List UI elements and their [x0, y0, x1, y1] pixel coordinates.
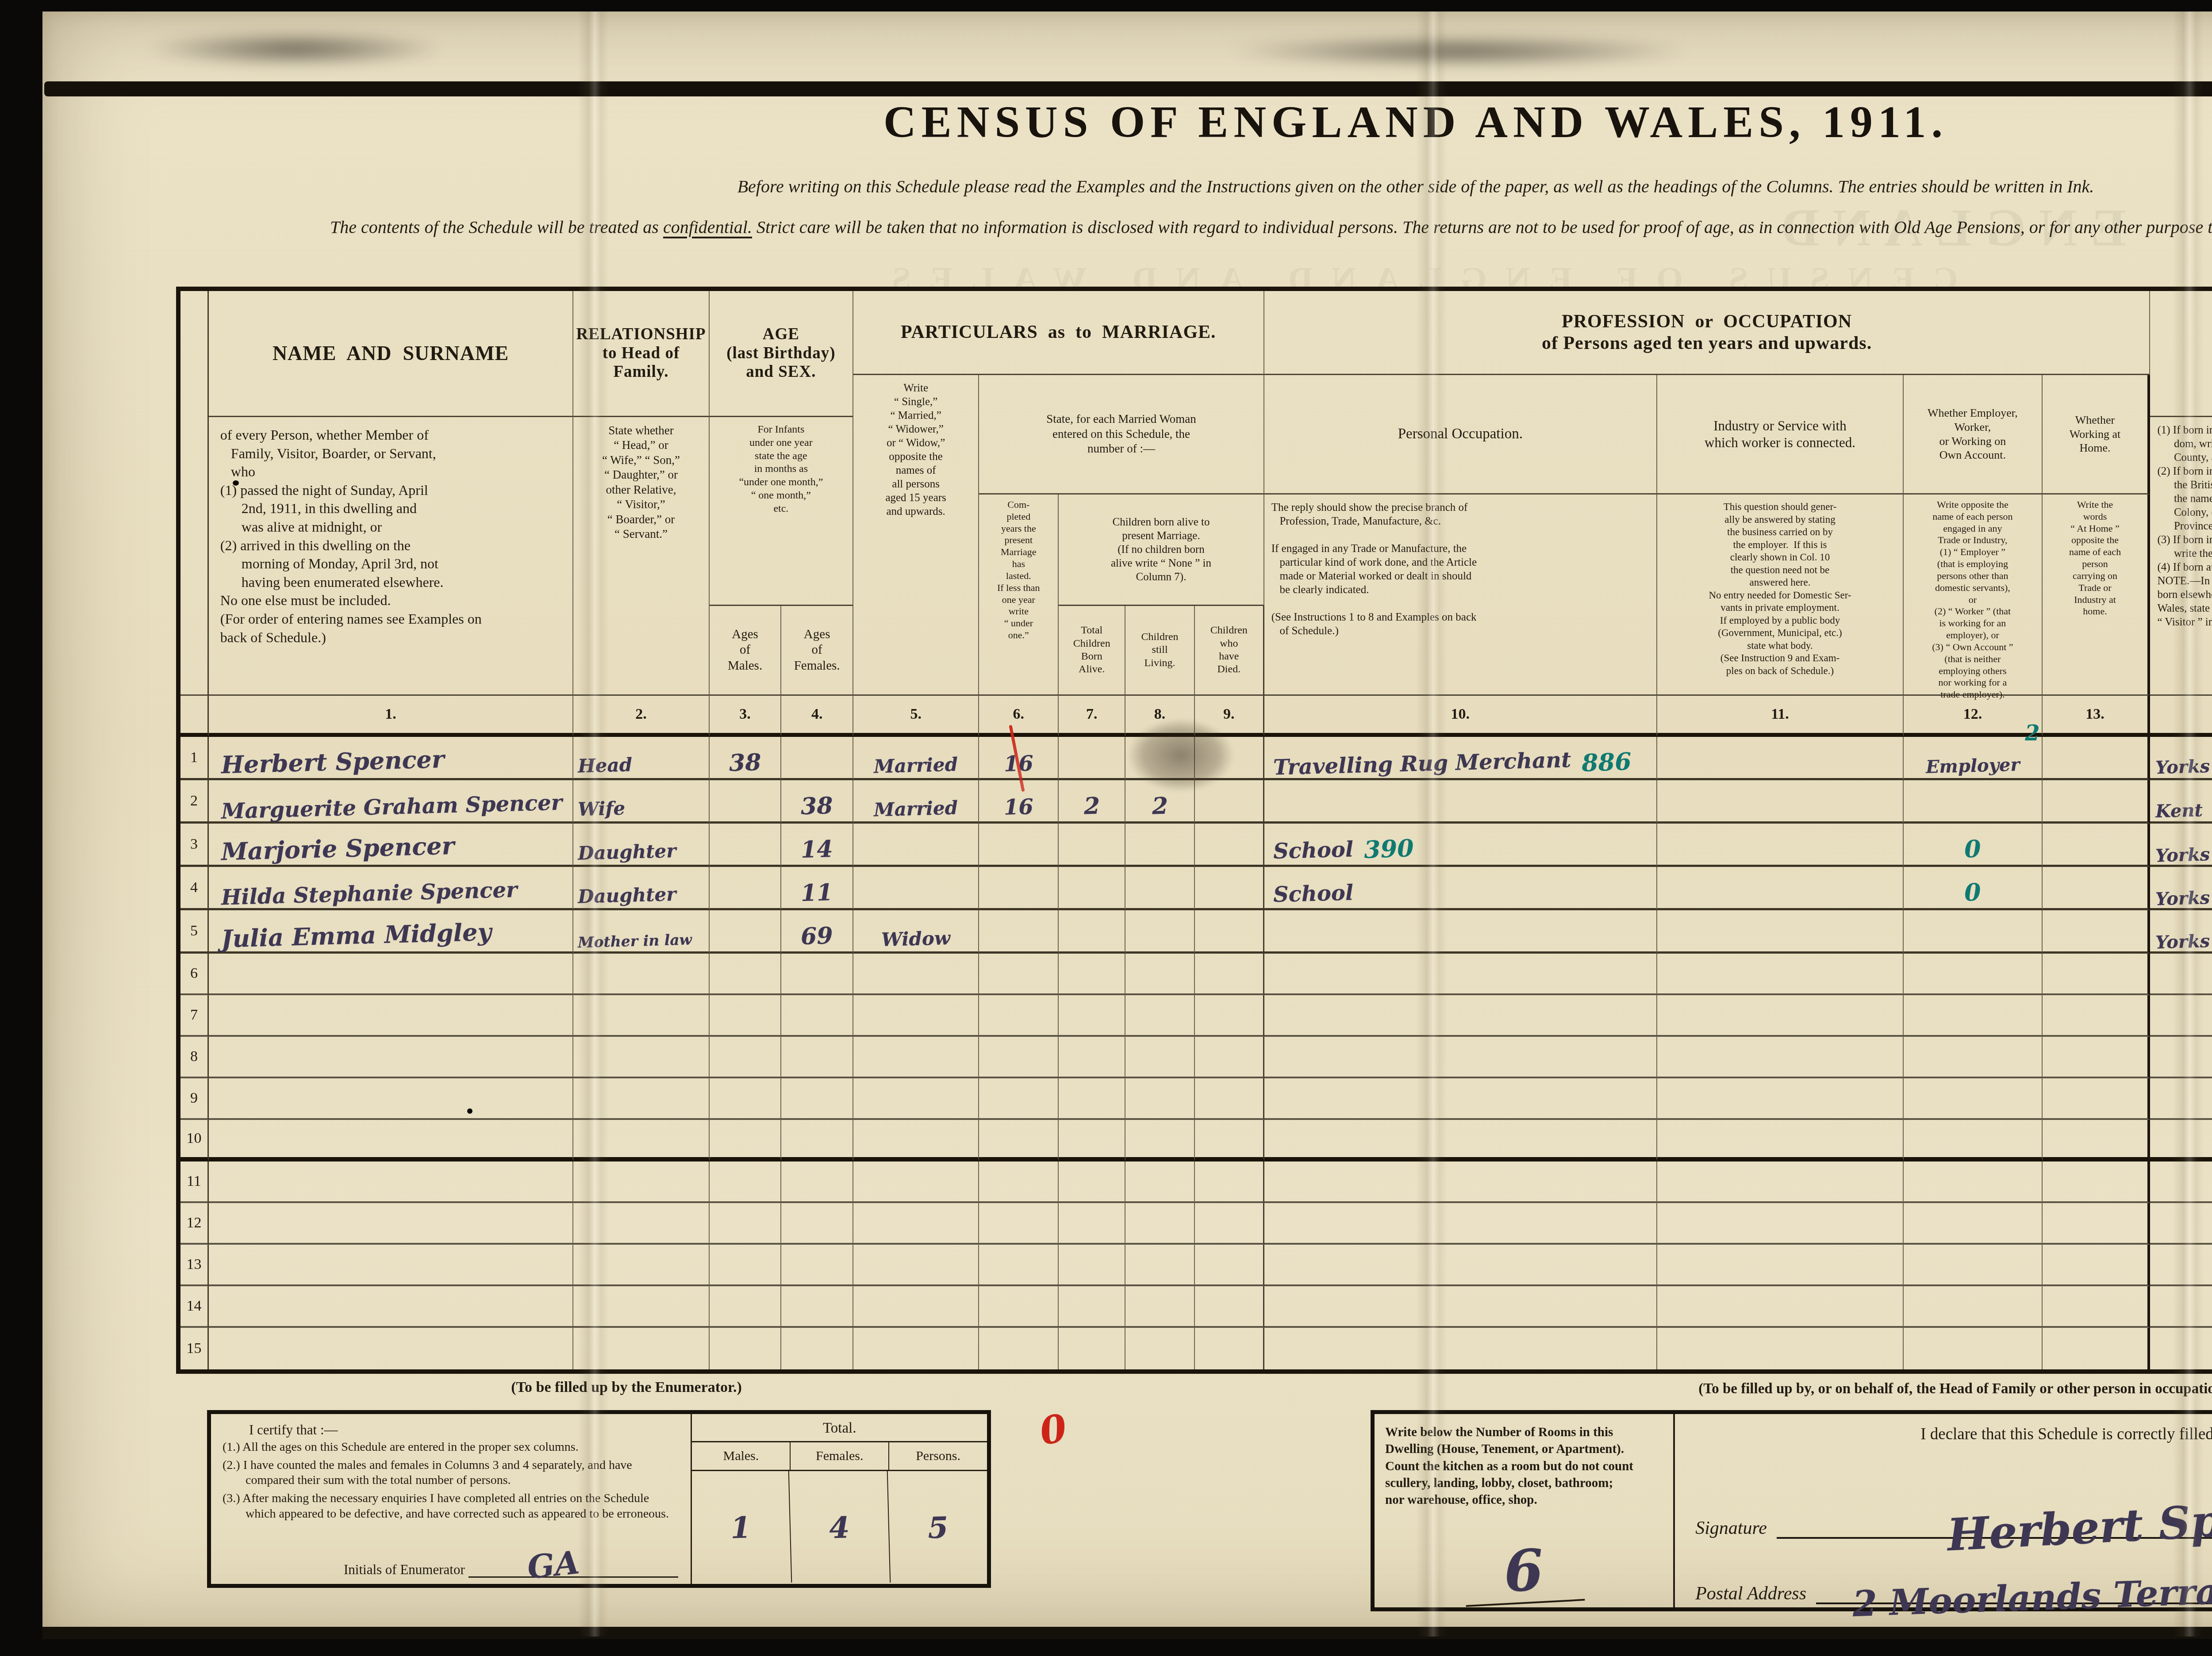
bp-value: Yorks Soothill Nether [2150, 882, 2212, 910]
col-number-14: 14. [2150, 694, 2212, 737]
r14-yrs-cell [979, 1286, 1059, 1328]
r8-ind-cell [1657, 1037, 1904, 1078]
r2-cl-cell: 2 [1125, 780, 1195, 824]
emp-value: Employer [1925, 754, 2020, 778]
row-number-6: 6 [180, 954, 209, 995]
r11-mar-cell [853, 1161, 979, 1203]
r12-ind-cell [1657, 1203, 1904, 1245]
stray-red-zero: 0 [1037, 1406, 1070, 1454]
r6-occ-cell [1264, 954, 1657, 995]
r1-occ-cell: Travelling Rug Merchant886 [1264, 737, 1657, 780]
r4-cd-cell [1195, 867, 1264, 910]
col-header-employer-worker: Whether Employer, Worker, or Working on … [1904, 375, 2042, 494]
name-value: Marjorie Spencer [208, 832, 454, 866]
r5-yrs-cell [979, 910, 1059, 954]
r9-emp-cell [1904, 1078, 2042, 1120]
row-number-2: 2 [180, 780, 209, 824]
r1-emp-cell: Employer2 [1904, 737, 2042, 780]
occ-value: School [1264, 880, 1353, 907]
r13-bp-cell [2150, 1245, 2212, 1286]
r12-yrs-cell [979, 1203, 1059, 1245]
r8-occ-cell [1264, 1037, 1657, 1078]
postal-address-label: Postal Address [1695, 1583, 1816, 1604]
r11-cl-cell [1125, 1161, 1195, 1203]
occ-value: Travelling Rug Merchant [1264, 747, 1571, 780]
r15-cd-cell [1195, 1328, 1264, 1369]
r14-af-cell [781, 1286, 853, 1328]
r6-rel-cell [573, 954, 710, 995]
r14-cb-cell [1059, 1286, 1125, 1328]
occupation-code: 390 [1363, 834, 1414, 864]
row-number-14: 14 [180, 1286, 209, 1328]
r3-mar-cell [853, 824, 979, 867]
r10-cd-cell [1195, 1120, 1264, 1161]
r5-bp-cell: Yorks Soothill Nether [2150, 910, 2212, 954]
r7-am-cell [710, 995, 782, 1037]
r8-name-cell [209, 1037, 573, 1078]
r15-bp-cell [2150, 1328, 2212, 1369]
r10-rel-cell [573, 1120, 710, 1161]
row-number-3: 3 [180, 824, 209, 867]
r9-home-cell [2043, 1078, 2151, 1120]
col-header-ages-of-males: Ages of Males. [710, 606, 782, 694]
r1-cl-cell [1125, 737, 1195, 780]
row-number-9: 9 [180, 1078, 209, 1120]
r3-rel-cell: Daughter [573, 824, 710, 867]
col-header-age-instructions: For Infants under one year state the age… [710, 417, 853, 606]
r12-rel-cell [573, 1203, 710, 1245]
col-header-personal-occupation: Personal Occupation. [1264, 375, 1657, 494]
r14-occ-cell [1264, 1286, 1657, 1328]
r12-emp-cell [1904, 1203, 2042, 1245]
r10-ind-cell [1657, 1120, 1904, 1161]
col-number-4: 4. [781, 694, 853, 737]
row-number-13: 13 [180, 1245, 209, 1286]
r6-bp-cell [2150, 954, 2212, 995]
r13-cb-cell [1059, 1245, 1125, 1286]
r10-home-cell [2043, 1120, 2151, 1161]
initials-field: GA [469, 1559, 679, 1578]
r15-yrs-cell [979, 1328, 1059, 1369]
r15-occ-cell [1264, 1328, 1657, 1369]
enumerator-initials: GA [526, 1543, 581, 1586]
dwelling-box: Write below the Number of Rooms in this … [1371, 1410, 2212, 1611]
col-header-relationship-title: RELATIONSHIP to Head of Family. [573, 291, 710, 417]
signature-label: Signature [1695, 1518, 1777, 1539]
rooms-count-value: 6 [1463, 1540, 1585, 1607]
enumerator-certification: I certify that :— (1.) All the ages on t… [211, 1414, 692, 1584]
col-number-7: 7. [1059, 694, 1125, 737]
r2-ind-cell [1657, 780, 1904, 824]
r13-rel-cell [573, 1245, 710, 1286]
r9-rel-cell [573, 1078, 710, 1120]
r6-emp-cell [1904, 954, 2042, 995]
col-header-married-woman-note: State, for each Married Woman entered on… [979, 375, 1264, 494]
r6-home-cell [2043, 954, 2151, 995]
r13-mar-cell [853, 1245, 979, 1286]
r14-am-cell [710, 1286, 782, 1328]
row-number-1: 1 [180, 737, 209, 780]
r15-home-cell [2043, 1328, 2151, 1369]
name-value: Herbert Spencer [208, 745, 445, 779]
r10-cb-cell [1059, 1120, 1125, 1161]
r10-af-cell [781, 1120, 853, 1161]
r11-bp-cell [2150, 1161, 2212, 1203]
smudge [1148, 29, 1768, 73]
r7-mar-cell [853, 995, 979, 1037]
r13-cd-cell [1195, 1245, 1264, 1286]
dwelling-section-heading: (To be filled up by, or on behalf of, th… [1371, 1381, 2212, 1397]
r15-emp-cell [1904, 1328, 2042, 1369]
col-number-5: 5. [853, 694, 979, 737]
enumerator-box: I certify that :— (1.) All the ages on t… [207, 1410, 991, 1588]
bp-value: Yorks Soothill Nether [2150, 925, 2212, 953]
name-value: Hilda Stephanie Spencer [208, 878, 517, 910]
r11-af-cell [781, 1161, 853, 1203]
r2-cb-cell: 2 [1059, 780, 1125, 824]
r5-cl-cell [1125, 910, 1195, 954]
r5-name-cell: Julia Emma Midgley [209, 910, 573, 954]
r13-name-cell [209, 1245, 573, 1286]
r5-emp-cell [1904, 910, 2042, 954]
r4-name-cell: Hilda Stephanie Spencer [209, 867, 573, 910]
r15-af-cell [781, 1328, 853, 1369]
certify-item-3: (3.) After making the necessary enquirie… [223, 1491, 682, 1522]
r13-home-cell [2043, 1245, 2151, 1286]
col-header-name-title: NAME AND SURNAME [209, 291, 573, 417]
r6-ind-cell [1657, 954, 1904, 995]
col-number-12: 12. [1904, 694, 2042, 737]
declaration-text: I declare that this Schedule is correctl… [1695, 1425, 2212, 1444]
r6-af-cell [781, 954, 853, 995]
r4-rel-cell: Daughter [573, 867, 710, 910]
col-number-2: 2. [573, 694, 710, 737]
smudge [96, 25, 494, 73]
r12-bp-cell [2150, 1203, 2212, 1245]
r11-ind-cell [1657, 1161, 1904, 1203]
col-header-ages-of-females: Ages of Females. [781, 606, 853, 694]
am-value: 38 [729, 749, 761, 777]
bp-value: Yorks Ossett [2150, 754, 2212, 778]
r7-occ-cell [1264, 995, 1657, 1037]
r1-yrs-cell: 16 [979, 737, 1059, 780]
r13-occ-cell [1264, 1245, 1657, 1286]
r13-am-cell [710, 1245, 782, 1286]
col-number-3: 3. [710, 694, 782, 737]
col-header-marriage-status-instructions: Write “ Single,” “ Married,” “ Widower,”… [853, 375, 979, 694]
r9-name-cell [209, 1078, 573, 1120]
bottom-border-rule [42, 1627, 2212, 1639]
r8-af-cell [781, 1037, 853, 1078]
r4-home-cell [2043, 867, 2151, 910]
males-label: Males. [692, 1442, 791, 1470]
r8-cb-cell [1059, 1037, 1125, 1078]
col-number-10: 10. [1264, 694, 1657, 737]
r6-cl-cell [1125, 954, 1195, 995]
r11-emp-cell [1904, 1161, 2042, 1203]
name-value: Julia Emma Midgley [208, 918, 492, 954]
r5-am-cell [710, 910, 782, 954]
af-value: 14 [801, 836, 833, 863]
r3-bp-cell: Yorks Soothill Nether [2150, 824, 2212, 867]
row-number-10: 10 [180, 1120, 209, 1161]
row-number-12: 12 [180, 1203, 209, 1245]
r1-mar-cell: Married [853, 737, 979, 780]
r13-yrs-cell [979, 1245, 1059, 1286]
col-header-industry-instructions: This question should gener- ally be answ… [1657, 494, 1904, 694]
r14-cl-cell [1125, 1286, 1195, 1328]
r6-mar-cell [853, 954, 979, 995]
col-header-industry: Industry or Service with which worker is… [1657, 375, 1904, 494]
r1-home-cell [2043, 737, 2151, 780]
r6-am-cell [710, 954, 782, 995]
totals-panel: Total. Males. Females. Persons. 1 4 5 [692, 1414, 987, 1584]
employer-code: 0 [1964, 834, 1982, 863]
r2-cd-cell [1195, 780, 1264, 824]
r14-home-cell [2043, 1286, 2151, 1328]
r4-yrs-cell [979, 867, 1059, 910]
r1-af-cell [781, 737, 853, 780]
form-subtitle: Before writing on this Schedule please r… [125, 176, 2212, 197]
col-header-personal-occupation-instructions: The reply should show the precise branch… [1264, 494, 1657, 694]
group-header-marriage: PARTICULARS as to MARRIAGE. [853, 291, 1264, 375]
r3-home-cell [2043, 824, 2151, 867]
r11-yrs-cell [979, 1161, 1059, 1203]
r3-cb-cell [1059, 824, 1125, 867]
r15-mar-cell [853, 1328, 979, 1369]
rel-value: Head [573, 754, 633, 777]
col-number-8: 8. [1125, 694, 1195, 737]
r7-home-cell [2043, 995, 2151, 1037]
r2-emp-cell [1904, 780, 2042, 824]
rooms-panel: Write below the Number of Rooms in this … [1375, 1414, 1675, 1607]
confidential-text: The contents of the Schedule will be tre… [330, 217, 663, 237]
yrs-value: 16 [1003, 794, 1033, 820]
r5-rel-cell: Mother in law [573, 910, 710, 954]
occ-value: School [1264, 837, 1353, 864]
r3-name-cell: Marjorie Spencer [209, 824, 573, 867]
col-header-relationship-instructions: State whether “ Head,” or “ Wife,” “ Son… [573, 417, 710, 694]
r6-yrs-cell [979, 954, 1059, 995]
r7-ind-cell [1657, 995, 1904, 1037]
row-number-15: 15 [180, 1328, 209, 1369]
col-header-working-at-home: Whether Working at Home. [2043, 375, 2151, 494]
r2-home-cell [2043, 780, 2151, 824]
col-header-children-living: Children still Living. [1125, 606, 1195, 694]
mar-value: Widow [881, 927, 951, 951]
r7-cb-cell [1059, 995, 1125, 1037]
r6-cd-cell [1195, 954, 1264, 995]
r15-rel-cell [573, 1328, 710, 1369]
speck [233, 480, 239, 486]
row-number-7: 7 [180, 995, 209, 1037]
af-value: 38 [801, 792, 833, 820]
r8-emp-cell [1904, 1037, 2042, 1078]
r14-rel-cell [573, 1286, 710, 1328]
employer-code: 2 [2025, 721, 2039, 746]
r14-mar-cell [853, 1286, 979, 1328]
r4-cl-cell [1125, 867, 1195, 910]
r9-cd-cell [1195, 1078, 1264, 1120]
total-persons-value: 5 [888, 1470, 988, 1585]
cb-value: 2 [1083, 793, 1100, 820]
enumerator-section-heading: (To be filled up by the Enumerator.) [264, 1379, 989, 1396]
r12-am-cell [710, 1203, 782, 1245]
r5-cd-cell [1195, 910, 1264, 954]
rooms-instructions: Write below the Number of Rooms in this … [1385, 1424, 1663, 1508]
row-number-8: 8 [180, 1037, 209, 1078]
r15-cb-cell [1059, 1328, 1125, 1369]
r14-ind-cell [1657, 1286, 1904, 1328]
r4-occ-cell: School [1264, 867, 1657, 910]
females-label: Females. [791, 1442, 889, 1470]
top-border-rule [44, 81, 2212, 96]
r4-af-cell: 11 [781, 867, 853, 910]
rel-value: Daughter [573, 883, 677, 908]
r15-ind-cell [1657, 1328, 1904, 1369]
r7-af-cell [781, 995, 853, 1037]
bp-value: Yorks Soothill Nether [2150, 839, 2212, 866]
r5-af-cell: 69 [781, 910, 853, 954]
r7-yrs-cell [979, 995, 1059, 1037]
bp-value: Kent Rochester [2150, 797, 2212, 822]
r6-name-cell [209, 954, 573, 995]
certify-item-1: (1.) All the ages on this Schedule are e… [223, 1440, 682, 1455]
r8-yrs-cell [979, 1037, 1059, 1078]
r1-ind-cell [1657, 737, 1904, 780]
r2-af-cell: 38 [781, 780, 853, 824]
confidential-underlined-word: confidential. [663, 217, 752, 237]
col-header-birthplace-instructions: (1) If born in the United King- dom, wri… [2150, 417, 2212, 694]
r4-mar-cell [853, 867, 979, 910]
r7-cd-cell [1195, 995, 1264, 1037]
af-value: 11 [801, 879, 833, 907]
r5-ind-cell [1657, 910, 1904, 954]
census-photo: ENGLAND CENSUS OF ENGLAND AND WALES CENS… [0, 0, 2212, 1656]
r11-cd-cell [1195, 1161, 1264, 1203]
r8-mar-cell [853, 1037, 979, 1078]
r2-name-cell: Marguerite Graham Spencer [209, 780, 573, 824]
col-number-13: 13. [2043, 694, 2151, 737]
r8-bp-cell [2150, 1037, 2212, 1078]
r7-name-cell [209, 995, 573, 1037]
col-header-years-married-instructions: Com- pleted years the present Marriage h… [979, 494, 1059, 694]
form-title: CENSUS OF ENGLAND AND WALES, 1911. [42, 96, 2212, 148]
r3-yrs-cell [979, 824, 1059, 867]
certify-item-2: (2.) I have counted the males and female… [223, 1458, 682, 1488]
r9-af-cell [781, 1078, 853, 1120]
occupation-code: 886 [1581, 747, 1632, 777]
r10-yrs-cell [979, 1120, 1059, 1161]
census-form-paper: ENGLAND CENSUS OF ENGLAND AND WALES CENS… [42, 11, 2212, 1637]
r10-name-cell [209, 1120, 573, 1161]
r10-emp-cell [1904, 1120, 2042, 1161]
r3-af-cell: 14 [781, 824, 853, 867]
r4-am-cell [710, 867, 782, 910]
r9-cl-cell [1125, 1078, 1195, 1120]
r12-cl-cell [1125, 1203, 1195, 1245]
r8-rel-cell [573, 1037, 710, 1078]
row-number-4: 4 [180, 867, 209, 910]
r13-ind-cell [1657, 1245, 1904, 1286]
r13-af-cell [781, 1245, 853, 1286]
col-number-11: 11. [1657, 694, 1904, 737]
col-number-1: 1. [209, 694, 573, 737]
r8-home-cell [2043, 1037, 2151, 1078]
r9-mar-cell [853, 1078, 979, 1120]
r9-yrs-cell [979, 1078, 1059, 1120]
col-header-age-title: AGE (last Birthday) and SEX. [710, 291, 853, 417]
row-number-11: 11 [180, 1161, 209, 1203]
r9-am-cell [710, 1078, 782, 1120]
signature-field: Herbert Spencer [1777, 1484, 2212, 1539]
r5-mar-cell: Widow [853, 910, 979, 954]
r2-bp-cell: Kent Rochester [2150, 780, 2212, 824]
r3-occ-cell: School390 [1264, 824, 1657, 867]
row-number-5: 5 [180, 910, 209, 954]
postal-address-value: 2 Moorlands Terrace Dewsbury [1852, 1562, 2212, 1625]
r9-cb-cell [1059, 1078, 1125, 1120]
col-header-children-died: Children who have Died. [1195, 606, 1264, 694]
r1-cb-cell [1059, 737, 1125, 780]
r7-rel-cell [573, 995, 710, 1037]
r9-occ-cell [1264, 1078, 1657, 1120]
r2-occ-cell [1264, 780, 1657, 824]
confidential-text: Strict care will be taken that no inform… [752, 217, 2212, 237]
col-header-name-instructions: of every Person, whether Member of Famil… [209, 417, 573, 694]
r11-cb-cell [1059, 1161, 1125, 1203]
certify-intro: I certify that :— [249, 1422, 682, 1438]
total-males-value: 1 [691, 1470, 792, 1585]
r11-am-cell [710, 1161, 782, 1203]
r1-rel-cell: Head [573, 737, 710, 780]
col-header-birthplace-title: BIRTHPLACE of every person. [2150, 291, 2212, 417]
r2-rel-cell: Wife [573, 780, 710, 824]
rel-value: Mother in law [573, 931, 692, 951]
af-value: 69 [801, 922, 833, 950]
r7-bp-cell [2150, 995, 2212, 1037]
r11-rel-cell [573, 1161, 710, 1203]
r1-name-cell: Herbert Spencer [209, 737, 573, 780]
r12-af-cell [781, 1203, 853, 1245]
postal-address-field: 2 Moorlands Terrace Dewsbury [1816, 1549, 2212, 1604]
col-header-employer-worker-instructions: Write opposite the name of each person e… [1904, 494, 2042, 694]
r14-name-cell [209, 1286, 573, 1328]
census-table: NAME AND SURNAME of every Person, whethe… [176, 287, 2212, 1374]
r5-home-cell [2043, 910, 2151, 954]
r15-cl-cell [1125, 1328, 1195, 1369]
r10-mar-cell [853, 1120, 979, 1161]
r11-occ-cell [1264, 1161, 1657, 1203]
r12-mar-cell [853, 1203, 979, 1245]
r15-name-cell [209, 1328, 573, 1369]
r4-bp-cell: Yorks Soothill Nether [2150, 867, 2212, 910]
declaration-panel: I declare that this Schedule is correctl… [1675, 1414, 2212, 1607]
rel-value: Wife [573, 797, 626, 820]
r8-am-cell [710, 1037, 782, 1078]
r13-cl-cell [1125, 1245, 1195, 1286]
r4-ind-cell [1657, 867, 1904, 910]
r13-emp-cell [1904, 1245, 2042, 1286]
total-females-value: 4 [789, 1470, 891, 1585]
col-header-working-at-home-instructions: Write the words “ At Home ” opposite the… [2043, 494, 2151, 694]
group-header-profession: PROFESSION or OCCUPATION of Persons aged… [1264, 291, 2151, 375]
persons-label: Persons. [889, 1442, 987, 1470]
r8-cd-cell [1195, 1037, 1264, 1078]
r7-cl-cell [1125, 995, 1195, 1037]
name-value: Marguerite Graham Spencer [208, 790, 562, 824]
r2-mar-cell: Married [853, 780, 979, 824]
